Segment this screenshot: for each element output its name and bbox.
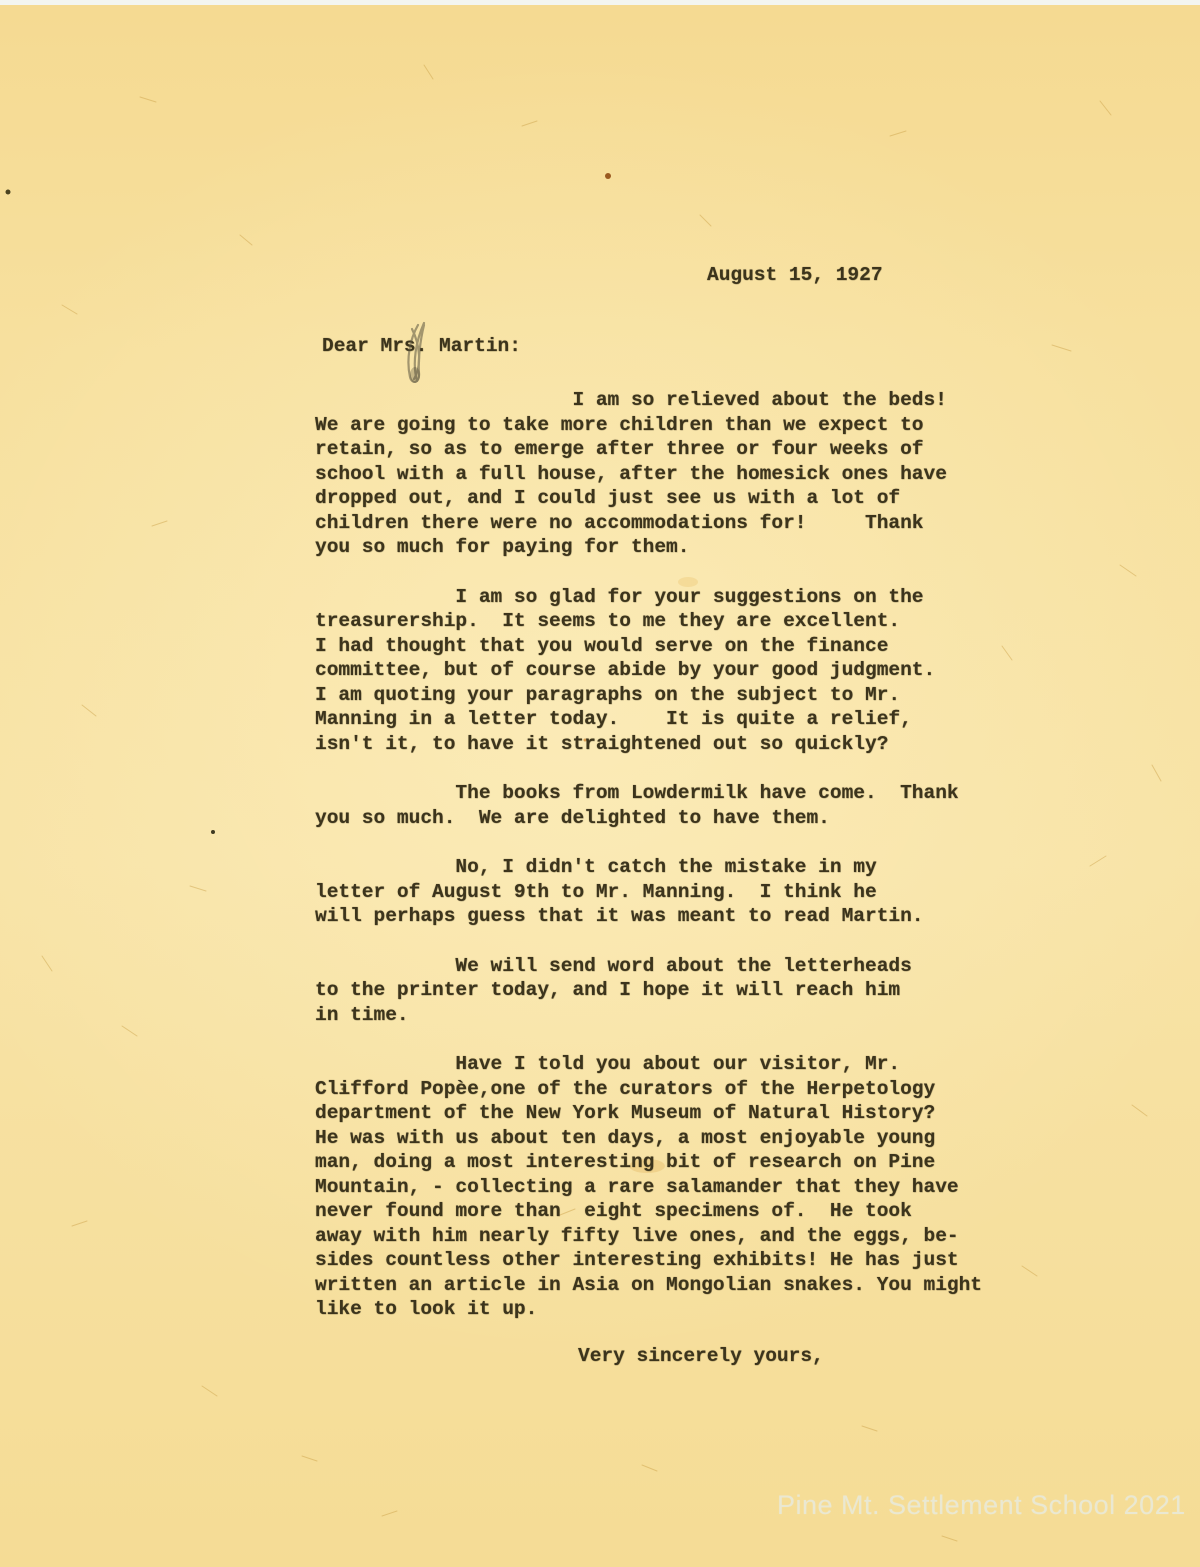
letter-line: I am so relieved about the beds! (315, 388, 982, 413)
letter-line: Manning in a letter today. It is quite a… (315, 707, 982, 732)
letter-line: school with a full house, after the home… (315, 462, 982, 487)
letter-line: sides countless other interesting exhibi… (315, 1248, 982, 1273)
letter-line: dropped out, and I could just see us wit… (315, 486, 982, 511)
letter-line: Clifford Popèe,one of the curators of th… (315, 1077, 982, 1102)
letter-paragraph: The books from Lowdermilk have come. Tha… (315, 781, 982, 830)
closing-line: Very sincerely yours, (578, 1344, 824, 1369)
letter-line: like to look it up. (315, 1297, 982, 1322)
letter-line: written an article in Asia on Mongolian … (315, 1273, 982, 1298)
letter-line: to the printer today, and I hope it will… (315, 978, 982, 1003)
letter-line: retain, so as to emerge after three or f… (315, 437, 982, 462)
letter-line: I had thought that you would serve on th… (315, 634, 982, 659)
letter-line: We will send word about the letterheads (315, 954, 982, 979)
letter-line: Have I told you about our visitor, Mr. (315, 1052, 982, 1077)
letter-line: treasurership. It seems to me they are e… (315, 609, 982, 634)
letter-line: I am so glad for your suggestions on the (315, 585, 982, 610)
letter-paragraph: I am so glad for your suggestions on the… (315, 585, 982, 757)
letter-paragraph: Have I told you about our visitor, Mr.Cl… (315, 1052, 982, 1322)
letter-line: will perhaps guess that it was meant to … (315, 904, 982, 929)
letter-date: August 15, 1927 (707, 263, 883, 288)
letter-line: never found more than eight specimens of… (315, 1199, 982, 1224)
letter-line: isn't it, to have it straightened out so… (315, 732, 982, 757)
letter-line: you so much for paying for them. (315, 535, 982, 560)
letter-line: Mountain, - collecting a rare salamander… (315, 1175, 982, 1200)
letter-line: The books from Lowdermilk have come. Tha… (315, 781, 982, 806)
scanned-letter-screenshot: { "letter": { "date": "August 15, 1927",… (0, 0, 1200, 1567)
letter-line: I am quoting your paragraphs on the subj… (315, 683, 982, 708)
letter-paragraph: I am so relieved about the beds!We are g… (315, 388, 982, 560)
letter-line: committee, but of course abide by your g… (315, 658, 982, 683)
letter-line: children there were no accommodations fo… (315, 511, 982, 536)
watermark: Pine Mt. Settlement School 2021 (777, 1490, 1186, 1521)
letter-line: He was with us about ten days, a most en… (315, 1126, 982, 1151)
letter-paragraph: No, I didn't catch the mistake in mylett… (315, 855, 982, 929)
letter-line: man, doing a most interesting bit of res… (315, 1150, 982, 1175)
letter-line: you so much. We are delighted to have th… (315, 806, 982, 831)
letter-line: away with him nearly fifty live ones, an… (315, 1224, 982, 1249)
letter-body: I am so relieved about the beds!We are g… (315, 388, 982, 1347)
letter-line: letter of August 9th to Mr. Manning. I t… (315, 880, 982, 905)
letter-line: in time. (315, 1003, 982, 1028)
salutation: Dear Mrs. Martin: (322, 334, 521, 359)
letter-line: No, I didn't catch the mistake in my (315, 855, 982, 880)
letter-paragraph: We will send word about the letterheadst… (315, 954, 982, 1028)
letter-line: department of the New York Museum of Nat… (315, 1101, 982, 1126)
letter-page: August 15, 1927 Dear Mrs. Martin: I am s… (0, 5, 1200, 1567)
letter-line: We are going to take more children than … (315, 413, 982, 438)
